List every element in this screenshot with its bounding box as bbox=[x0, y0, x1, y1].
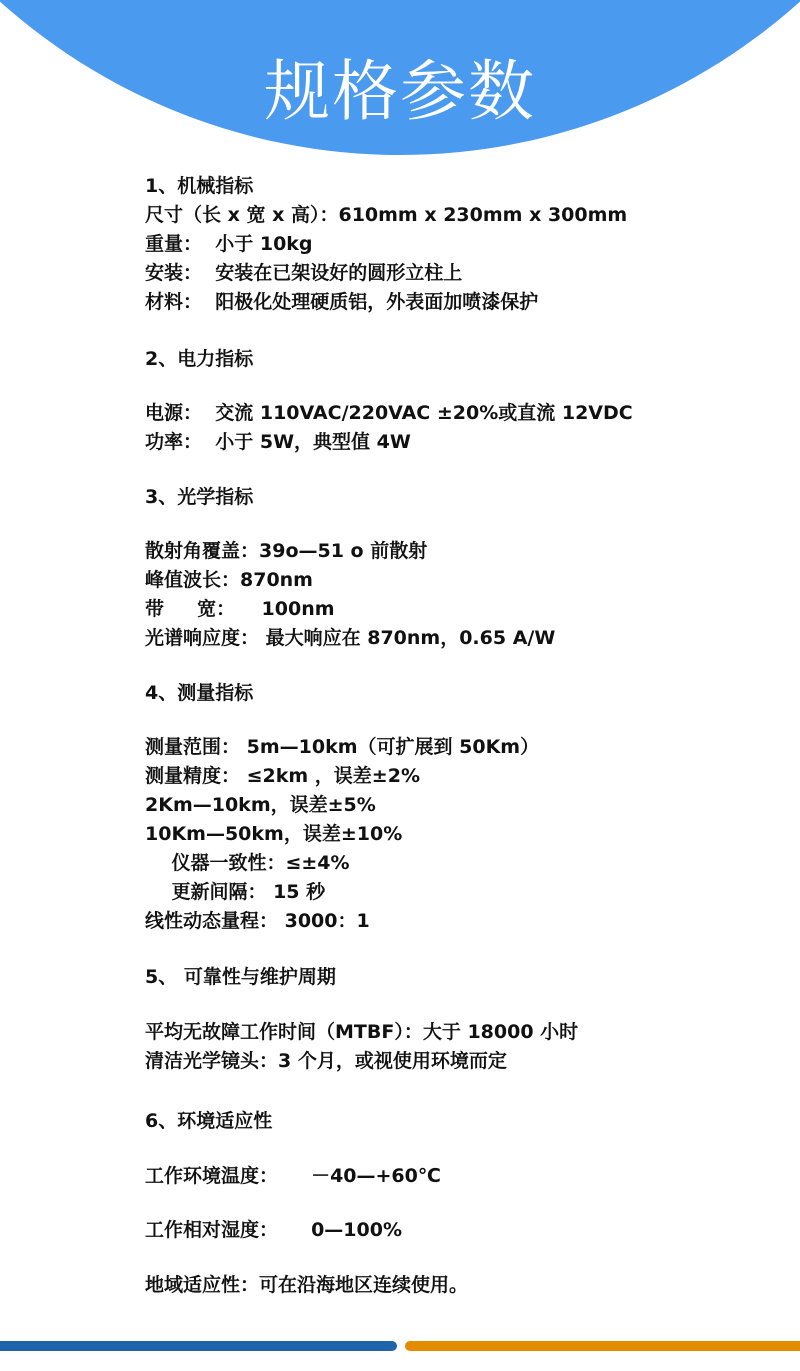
spec-line: 更新间隔： 15 秒 bbox=[145, 879, 325, 905]
section-heading: 6、环境适应性 bbox=[145, 1108, 272, 1134]
spec-line: 平均无故障工作时间（MTBF）：大于 18000 小时 bbox=[145, 1019, 578, 1045]
page-title: 规格参数 bbox=[0, 38, 800, 133]
spec-line: 工作相对湿度： 0—100% bbox=[145, 1217, 402, 1243]
spec-line: 功率： 小于 5W，典型值 4W bbox=[145, 429, 411, 455]
footer-bar-orange bbox=[405, 1341, 800, 1351]
spec-line: 仪器一致性：≤±4% bbox=[145, 850, 350, 876]
spec-line: 测量精度： ≤2km ，误差±2% bbox=[145, 763, 420, 789]
spec-line: 10Km—50km，误差±10% bbox=[145, 821, 402, 847]
spec-line: 安装： 安装在已架设好的圆形立柱上 bbox=[145, 260, 462, 286]
spec-line: 地域适应性：可在沿海地区连续使用。 bbox=[145, 1272, 468, 1298]
section-heading: 2、电力指标 bbox=[145, 346, 253, 372]
section-heading: 1、机械指标 bbox=[145, 173, 253, 199]
spec-line: 测量范围： 5m—10km（可扩展到 50Km） bbox=[145, 734, 539, 760]
section-heading: 4、测量指标 bbox=[145, 680, 253, 706]
spec-line: 工作环境温度： －40—+60℃ bbox=[145, 1163, 441, 1189]
spec-line: 2Km—10km，误差±5% bbox=[145, 792, 376, 818]
spec-line: 散射角覆盖：39o—51 o 前散射 bbox=[145, 538, 427, 564]
spec-line: 电源： 交流 110VAC/220VAC ±20%或直流 12VDC bbox=[145, 400, 633, 426]
footer-bar-blue bbox=[0, 1341, 397, 1351]
spec-line: 线性动态量程： 3000：1 bbox=[145, 908, 370, 934]
spec-line: 光谱响应度： 最大响应在 870nm，0.65 A/W bbox=[145, 625, 555, 651]
spec-line: 峰值波长：870nm bbox=[145, 567, 313, 593]
spec-line: 尺寸（长 x 宽 x 高）：610mm x 230mm x 300mm bbox=[145, 202, 627, 228]
spec-line: 重量： 小于 10kg bbox=[145, 231, 313, 257]
spec-line: 材料： 阳极化处理硬质铝，外表面加喷漆保护 bbox=[145, 289, 538, 315]
spec-line: 清洁光学镜头：3 个月，或视使用环境而定 bbox=[145, 1048, 507, 1074]
spec-line: 带 宽： 100nm bbox=[145, 596, 335, 622]
section-heading: 3、光学指标 bbox=[145, 484, 253, 510]
section-heading: 5、 可靠性与维护周期 bbox=[145, 964, 336, 990]
